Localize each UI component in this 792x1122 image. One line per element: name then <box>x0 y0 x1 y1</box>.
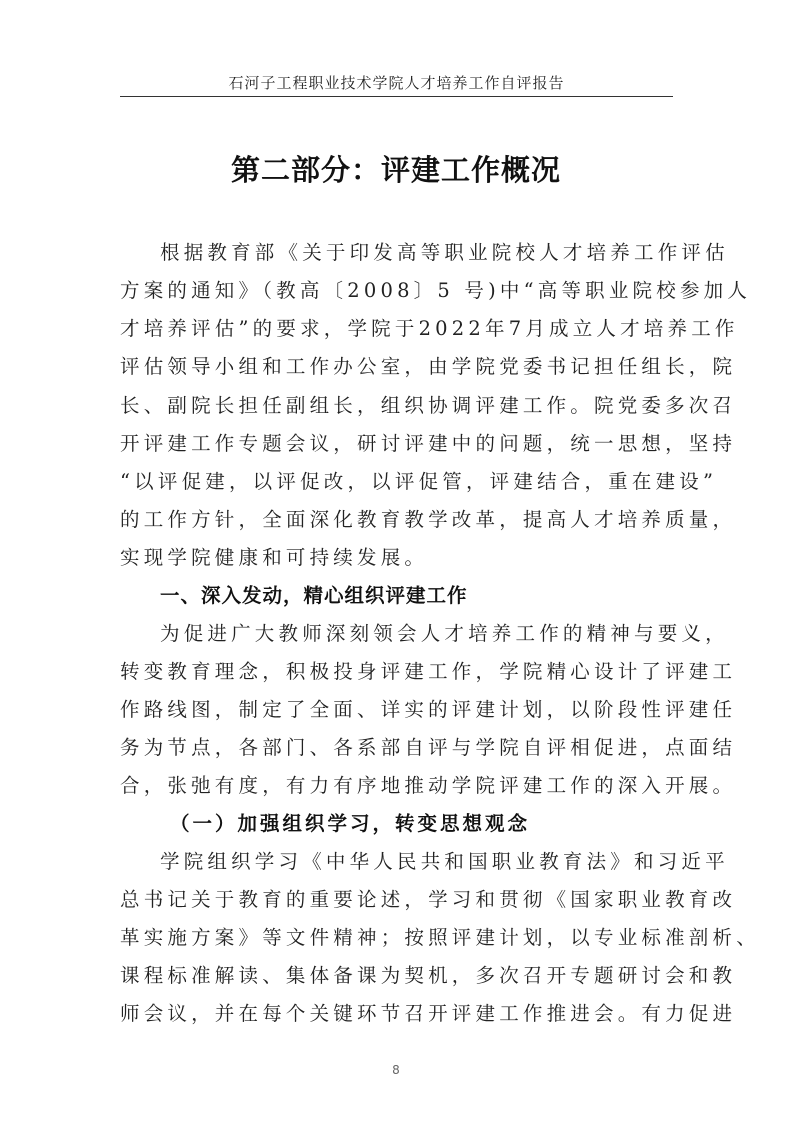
header-rule <box>120 96 673 97</box>
paragraph-line: 合，张弛有度，有力有序地推动学院评建工作的深入开展。 <box>120 770 673 798</box>
paragraph-line: 长、副院长担任副组长，组织协调评建工作。院党委多次召 <box>120 390 673 418</box>
section-heading: 一、深入发动，精心组织评建工作 <box>160 580 468 608</box>
paragraph-line: 开评建工作专题会议，研讨评建中的问题，统一思想，坚持 <box>120 428 673 456</box>
paragraph-line: “以评促建，以评促改，以评促管，评建结合，重在建设” <box>120 466 673 494</box>
paragraph-line: 根据教育部《关于印发高等职业院校人才培养工作评估 <box>160 237 673 265</box>
page-number: 8 <box>0 1063 792 1077</box>
subsection-heading: （一）加强组织学习，转变思想观念 <box>170 808 530 836</box>
paragraph-line: 师会议，并在每个关键环节召开评建工作推进会。有力促进 <box>120 998 673 1026</box>
paragraph-line: 才培养评估”的要求，学院于2022年7月成立人才培养工作 <box>120 313 673 341</box>
paragraph-line: 实现学院健康和可持续发展。 <box>120 542 673 570</box>
page-title: 第二部分：评建工作概况 <box>0 148 792 189</box>
paragraph-line: 转变教育理念，积极投身评建工作，学院精心设计了评建工 <box>120 656 673 684</box>
paragraph-line: 的工作方针，全面深化教育教学改革，提高人才培养质量， <box>120 504 673 532</box>
paragraph-line: 方案的通知》（教高〔2008〕5 号)中“高等职业院校参加人 <box>120 275 673 303</box>
paragraph-line: 课程标准解读、集体备课为契机，多次召开专题研讨会和教 <box>120 960 673 988</box>
paragraph-line: 学院组织学习《中华人民共和国职业教育法》和习近平 <box>160 846 673 874</box>
paragraph-line: 评估领导小组和工作办公室，由学院党委书记担任组长，院 <box>120 351 673 379</box>
paragraph-line: 革实施方案》等文件精神；按照评建计划，以专业标准剖析、 <box>120 922 673 950</box>
paragraph-line: 务为节点，各部门、各系部自评与学院自评相促进，点面结 <box>120 732 673 760</box>
running-header: 石河子工程职业技术学院人才培养工作自评报告 <box>120 72 673 93</box>
paragraph-line: 作路线图，制定了全面、详实的评建计划，以阶段性评建任 <box>120 694 673 722</box>
paragraph-line: 为促进广大教师深刻领会人才培养工作的精神与要义， <box>160 618 673 646</box>
paragraph-line: 总书记关于教育的重要论述，学习和贯彻《国家职业教育改 <box>120 884 673 912</box>
